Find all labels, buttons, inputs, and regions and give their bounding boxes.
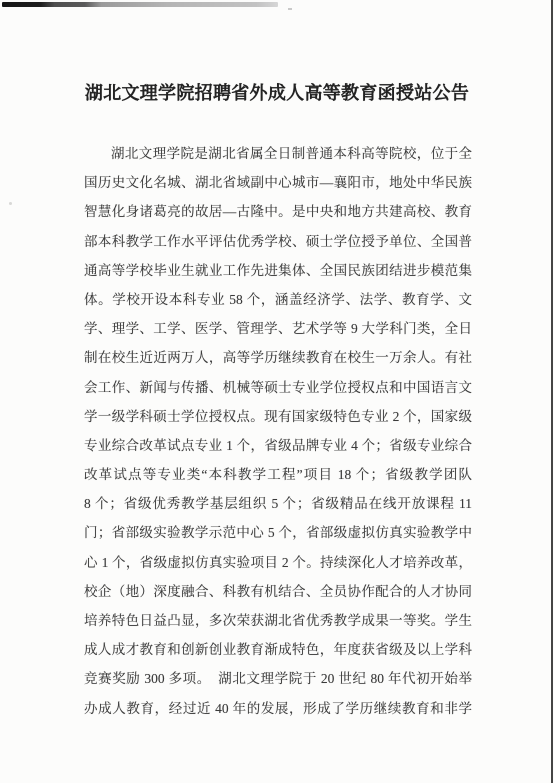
paragraph-line: 会工作、新闻与传播、机械等硕士专业学位授权点和中国语言文 <box>84 373 472 402</box>
paragraph-line: 心 1 个，省级虚拟仿真实验项目 2 个。持续深化人才培养改革， <box>84 548 472 577</box>
paragraph-line: 培养特色日益凸显，多次荣获湖北省优秀教学成果一等奖。学生 <box>84 606 472 635</box>
paragraph-line: 体。学校开设本科专业 58 个，涵盖经济学、法学、教育学、文 <box>84 285 472 314</box>
scanned-page: 湖北文理学院招聘省外成人高等教育函授站公告 湖北文理学院是湖北省属全日制普通本科… <box>0 0 554 783</box>
paragraph-line: 通高等学校毕业生就业工作先进集体、全国民族团结进步模范集 <box>84 256 472 285</box>
scan-speck <box>288 8 292 10</box>
paragraph-line: 智慧化身诸葛亮的故居—古隆中。是中央和地方共建高校、教育 <box>84 197 472 226</box>
paragraph-line: 校企（地）深度融合、科教有机结合、全员协作配合的人才协同 <box>84 577 472 606</box>
paragraph-line: 成人成才教育和创新创业教育渐成特色，年度获省级及以上学科 <box>84 635 472 664</box>
paragraph-line: 学、理学、工学、医学、管理学、艺术学等 9 大学科门类，全日 <box>84 314 472 343</box>
paragraph-line: 学一级学科硕士学位授权点。现有国家级特色专业 2 个，国家级 <box>84 402 472 431</box>
paragraph-line: 制在校生近近两万人，高等学历继续教育在校生一万余人。有社 <box>84 343 472 372</box>
paragraph-line: 国历史文化名城、湖北省域副中心城市—襄阳市，地处中华民族 <box>84 168 472 197</box>
paragraph-line: 门；省部级实验教学示范中心 5 个，省部级虚拟仿真实验教学中 <box>84 518 472 547</box>
page-edge-line <box>551 0 553 783</box>
paragraph-line: 专业综合改革试点专业 1 个，省级品牌专业 4 个；省级专业综合 <box>84 431 472 460</box>
document-paragraph: 湖北文理学院是湖北省属全日制普通本科高等院校，位于全国历史文化名城、湖北省域副中… <box>84 139 472 723</box>
paragraph-line: 办成人教育，经过近 40 年的发展，形成了学历继续教育和非学 <box>84 694 472 723</box>
paragraph-line: 8 个；省级优秀教学基层组织 5 个；省级精品在线开放课程 11 <box>84 489 472 518</box>
scan-speck <box>9 202 12 205</box>
document-title: 湖北文理学院招聘省外成人高等教育函授站公告 <box>0 79 554 105</box>
paragraph-line: 部本科教学工作水平评估优秀学校、硕士学位授予单位、全国普 <box>84 227 472 256</box>
paragraph-line: 湖北文理学院是湖北省属全日制普通本科高等院校，位于全 <box>84 139 472 168</box>
scan-artifact-bar <box>2 2 278 7</box>
paragraph-line: 竞赛奖励 300 多项。 湖北文理学院于 20 世纪 80 年代初开始举 <box>84 664 472 693</box>
paragraph-line: 改革试点等专业类“本科教学工程”项目 18 个；省级教学团队 <box>84 460 472 489</box>
